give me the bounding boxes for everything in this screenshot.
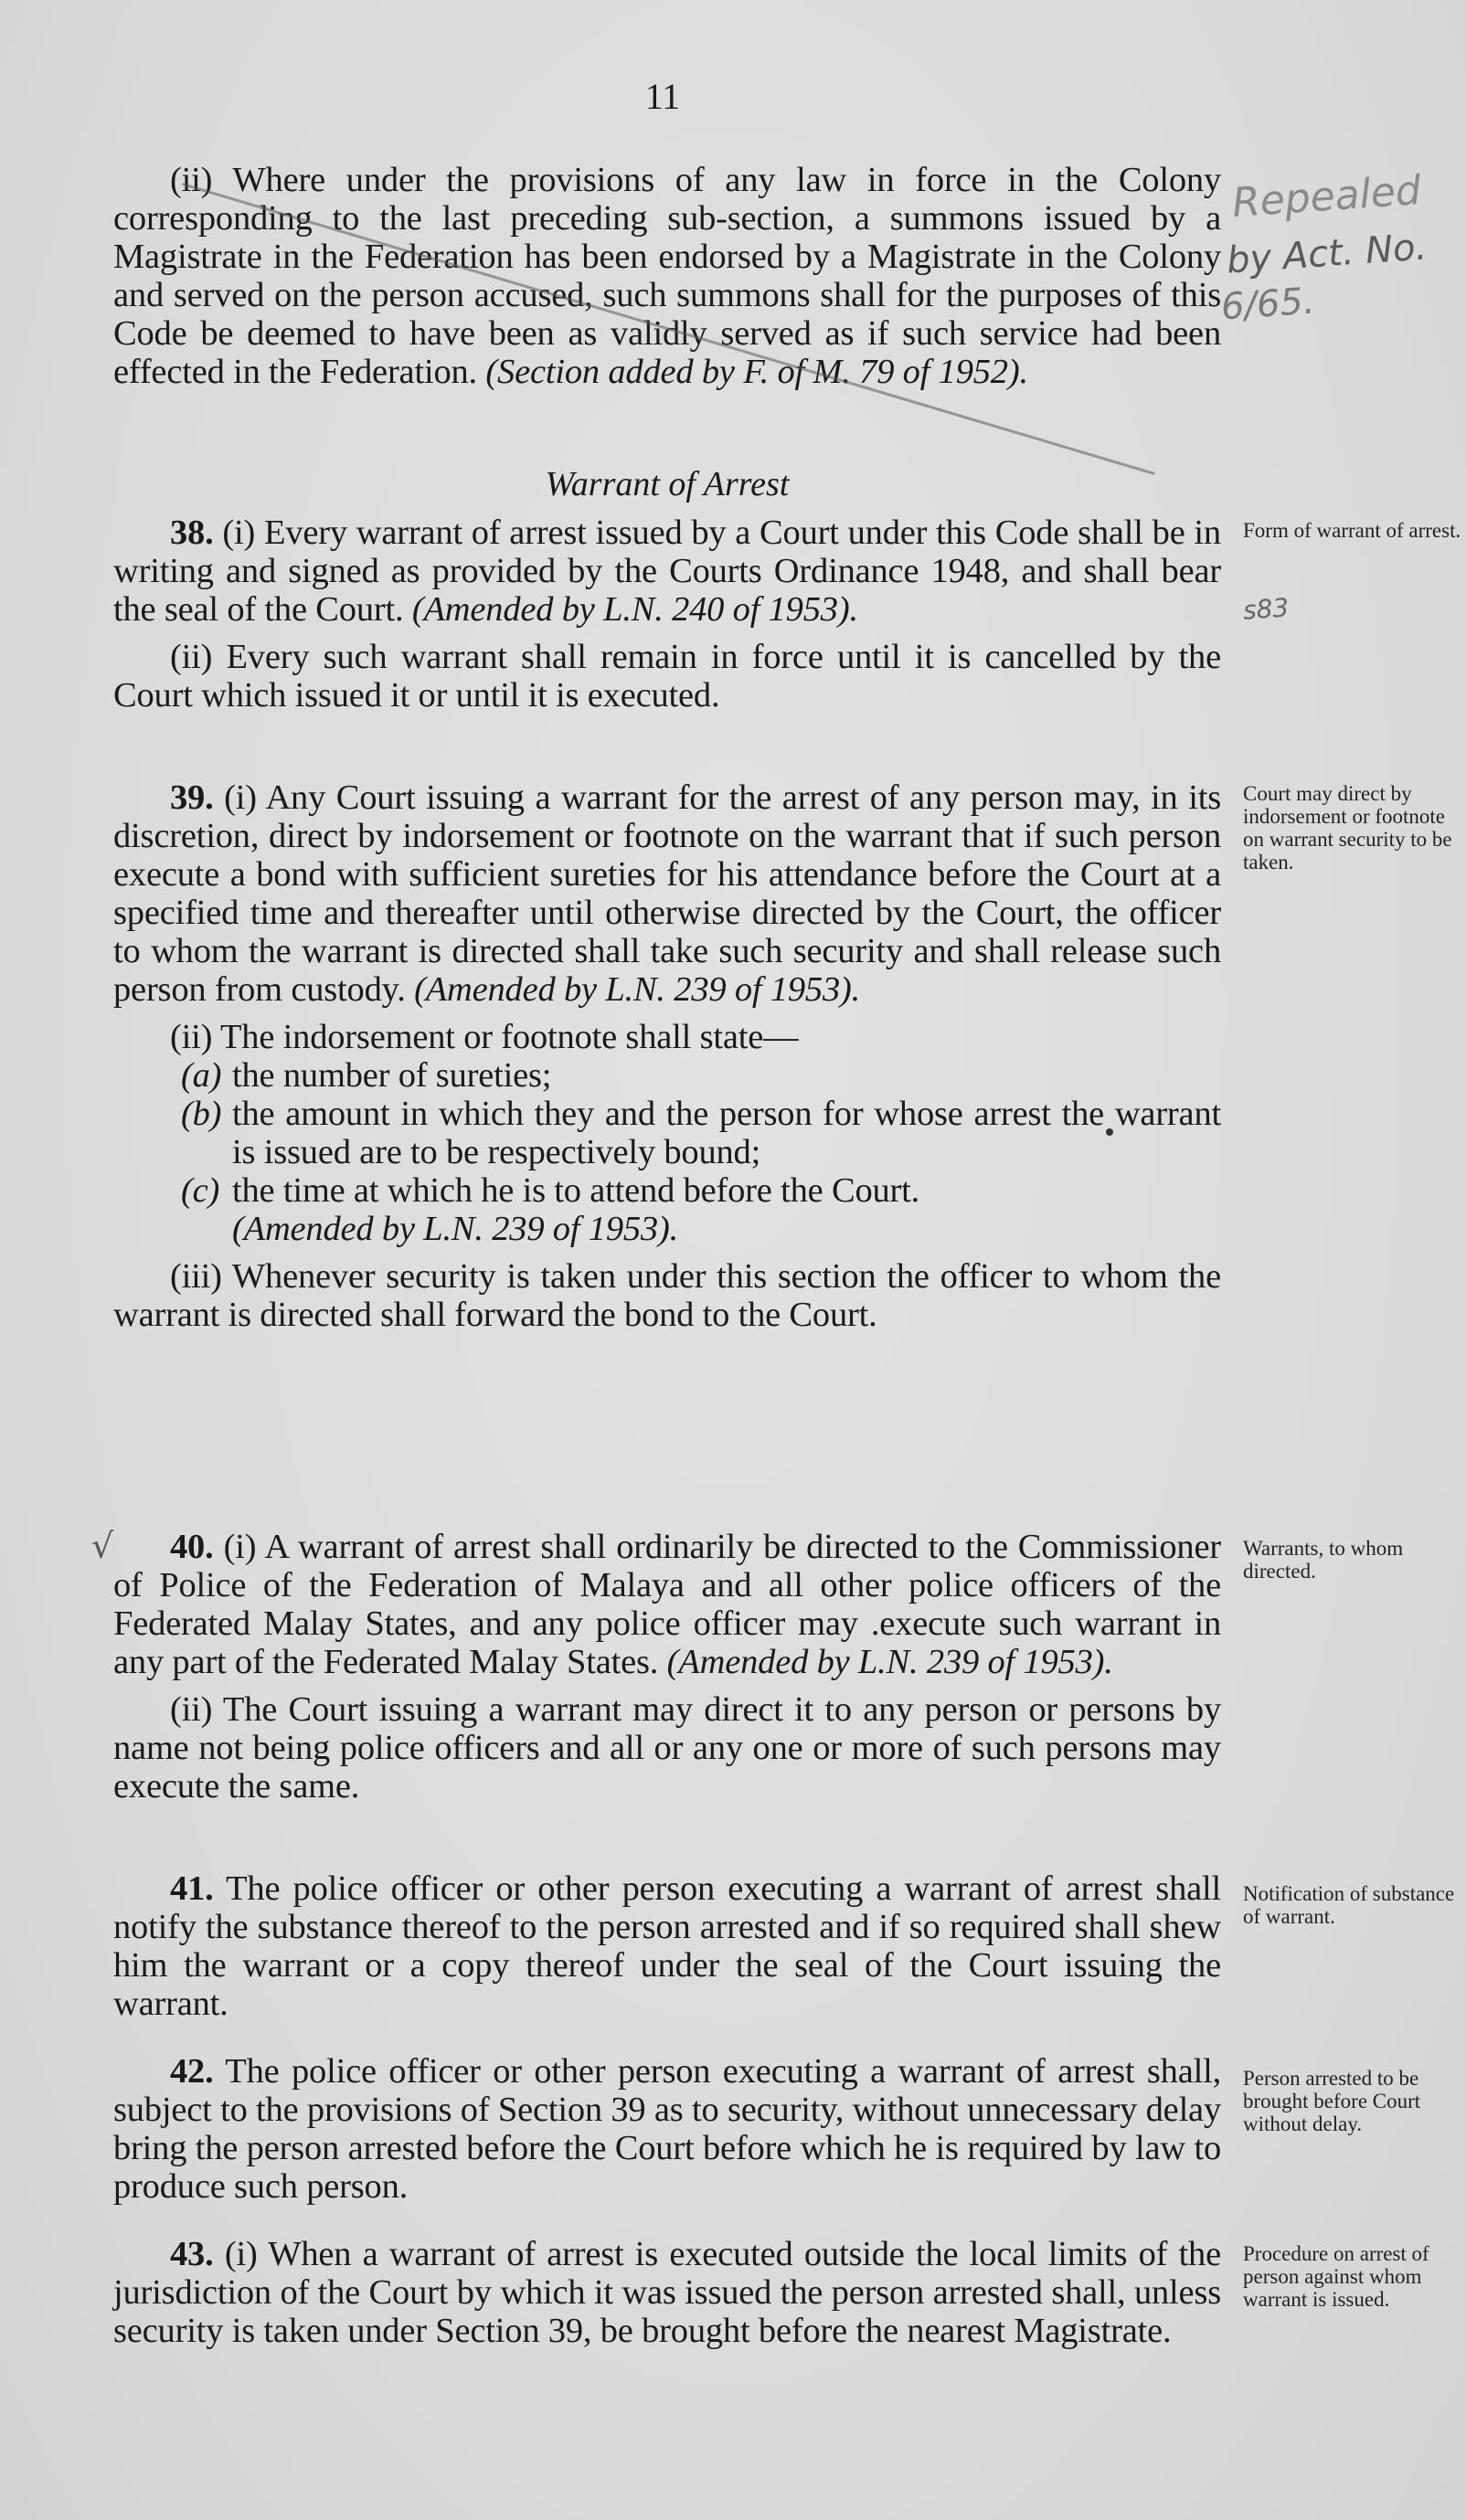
margin-note-38: Form of warrant of arrest.: [1243, 519, 1462, 542]
section-40: 40. (i) A warrant of arrest shall ordina…: [113, 1528, 1221, 1805]
section-text: Every such warrant shall remain in force…: [113, 638, 1221, 715]
handwritten-repealed-note: Repealed: [1230, 167, 1422, 227]
item-text: the amount in which they and the person …: [232, 1095, 1221, 1171]
list-item: (b)the amount in which they and the pers…: [113, 1095, 1221, 1171]
ink-spot: [1106, 1128, 1113, 1136]
margin-note-41: Notification of substance of warrant.: [1243, 1882, 1462, 1928]
section-39: 39. (i) Any Court issuing a warrant for …: [113, 778, 1221, 1334]
handwritten-repealed-number: 6/65.: [1220, 280, 1317, 328]
check-mark-icon: √: [91, 1526, 113, 1566]
section-text: The police officer or other person execu…: [113, 2052, 1221, 2206]
section-42: 42. The police officer or other person e…: [113, 2052, 1221, 2206]
subsection-label: (iii): [170, 1257, 222, 1296]
section-number: 40.: [170, 1528, 214, 1566]
section-text: When a warrant of arrest is executed out…: [113, 2235, 1221, 2350]
section-37-ii: (ii) Where under the provisions of any l…: [113, 161, 1221, 391]
section-number: 41.: [170, 1869, 214, 1908]
subsection-label: (ii): [170, 161, 212, 199]
subsection-label: (ii): [170, 638, 212, 676]
handwritten-section-ref: s83: [1242, 592, 1290, 625]
handwritten-repealed-act: by Act. No.: [1226, 226, 1429, 281]
subsection-label: (i): [225, 2235, 258, 2273]
subsection-label: (ii): [170, 1690, 212, 1729]
margin-note-40: Warrants, to whom directed.: [1243, 1537, 1462, 1583]
amendment-note: (Amended by L.N. 239 of 1953).: [113, 1210, 1221, 1248]
margin-note-42: Person arrested to be brought before Cou…: [1243, 2067, 1462, 2135]
section-number: 38.: [170, 514, 214, 552]
subsection-label: (i): [224, 778, 257, 817]
section-heading: Warrant of Arrest: [113, 464, 1221, 504]
item-text: the number of sureties;: [232, 1056, 551, 1095]
section-43: 43. (i) When a warrant of arrest is exec…: [113, 2235, 1221, 2350]
item-label: (c): [181, 1171, 232, 1210]
document-page: 11 (ii) Where under the provisions of an…: [0, 0, 1466, 2520]
section-text: Whenever security is taken under this se…: [113, 1257, 1221, 1334]
amendment-note: (Amended by L.N. 240 of 1953).: [412, 590, 858, 629]
section-number: 39.: [170, 778, 214, 817]
list-item: (c)the time at which he is to attend bef…: [113, 1171, 1221, 1210]
section-38: 38. (i) Every warrant of arrest issued b…: [113, 514, 1221, 715]
subsection-label: (ii): [170, 1018, 212, 1056]
section-number: 42.: [170, 2052, 214, 2091]
item-label: (b): [181, 1095, 232, 1133]
amendment-note: (Section added by F. of M. 79 of 1952).: [485, 353, 1027, 391]
section-text: The Court issuing a warrant may direct i…: [113, 1690, 1221, 1805]
subsection-label: (i): [222, 514, 255, 552]
margin-note-39: Court may direct by indorsement or footn…: [1243, 782, 1462, 874]
page-number: 11: [0, 75, 1325, 118]
list-item: (a)the number of sureties;: [113, 1056, 1221, 1095]
section-text: The indorsement or footnote shall state—: [220, 1018, 798, 1056]
subsection-label: (i): [224, 1528, 257, 1566]
item-text: the time at which he is to attend before…: [232, 1171, 919, 1210]
section-41: 41. The police officer or other person e…: [113, 1869, 1221, 2023]
item-label: (a): [181, 1056, 232, 1095]
amendment-note: (Amended by L.N. 239 of 1953).: [414, 970, 860, 1009]
section-text: The police officer or other person execu…: [113, 1869, 1221, 2023]
section-number: 43.: [170, 2235, 214, 2273]
amendment-note: (Amended by L.N. 239 of 1953).: [667, 1643, 1113, 1681]
margin-note-43: Procedure on arrest of person against wh…: [1243, 2242, 1462, 2311]
